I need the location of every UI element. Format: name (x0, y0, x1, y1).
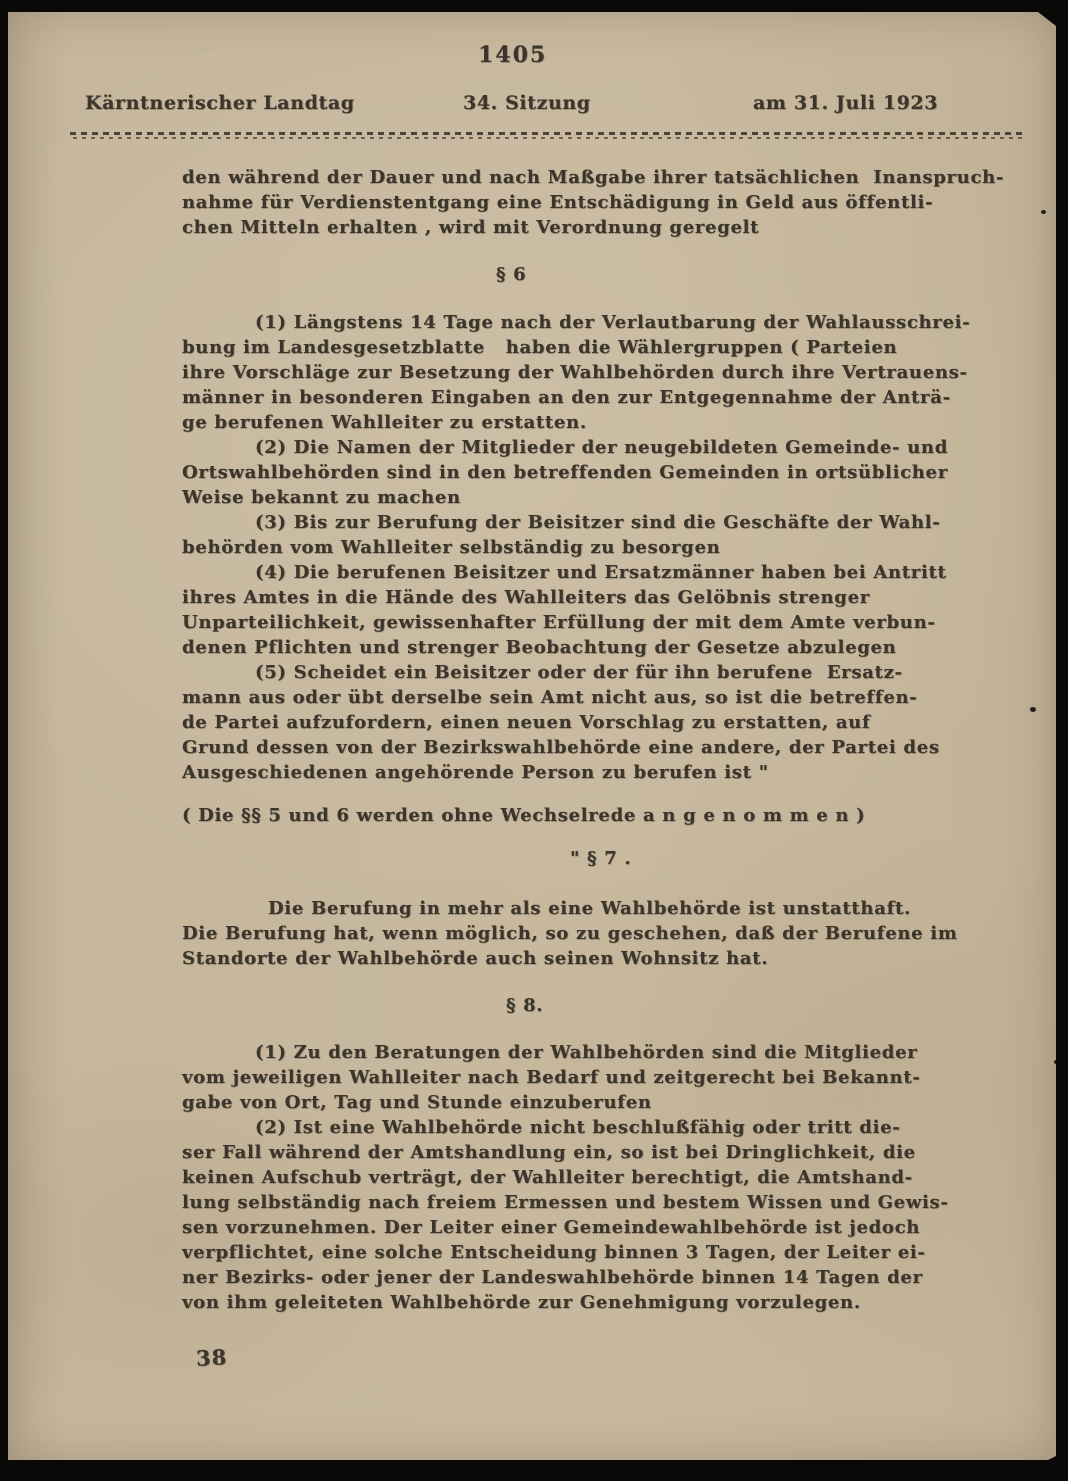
scan-speck (1041, 210, 1046, 214)
section-8-heading: § 8. (182, 993, 1022, 1018)
sheet-signature-number: 38 (195, 1344, 227, 1371)
section-6-paragraph-2: (2) Die Namen der Mitglieder der neugebi… (182, 435, 1022, 510)
header-parliament-title: Kärntnerischer Landtag (85, 92, 355, 114)
header-session-date: am 31. Juli 1923 (753, 92, 938, 114)
page-number: 1405 (478, 42, 547, 68)
section-6-paragraph-3: (3) Bis zur Berufung der Beisitzer sind … (182, 510, 1022, 560)
section-7-heading: " § 7 . (182, 846, 1022, 871)
section-8-paragraph-1: (1) Zu den Beratungen der Wahlbehörden s… (182, 1040, 1022, 1115)
section-6-heading: § 6 (182, 262, 1022, 287)
scan-background: { "page": { "page_number": "1405", "head… (0, 0, 1068, 1481)
header-divider-line (70, 131, 1022, 140)
section-6-paragraph-1: (1) Längstens 14 Tage nach der Verlautba… (182, 310, 1022, 435)
document-page: 1405 Kärntnerischer Landtag 34. Sitzung … (8, 12, 1056, 1460)
section-6-paragraph-5: (5) Scheidet ein Beisitzer oder der für … (182, 660, 1022, 785)
text-column: den während der Dauer und nach Maßgabe i… (182, 165, 1022, 1315)
section-8-paragraph-2: (2) Ist eine Wahlbehörde nicht beschlußf… (182, 1115, 1022, 1315)
section-7-paragraph-1: Die Berufung in mehr als eine Wahlbehörd… (182, 896, 1022, 971)
scan-speck (1030, 707, 1036, 712)
header-session-number: 34. Sitzung (463, 92, 591, 114)
paragraph-intro-continuation: den während der Dauer und nach Maßgabe i… (182, 165, 1022, 240)
vote-result-note: ( Die §§ 5 und 6 werden ohne Wechselrede… (182, 803, 1022, 828)
scan-speck (1054, 1060, 1058, 1064)
section-6-paragraph-4: (4) Die berufenen Beisitzer und Ersatzmä… (182, 560, 1022, 660)
